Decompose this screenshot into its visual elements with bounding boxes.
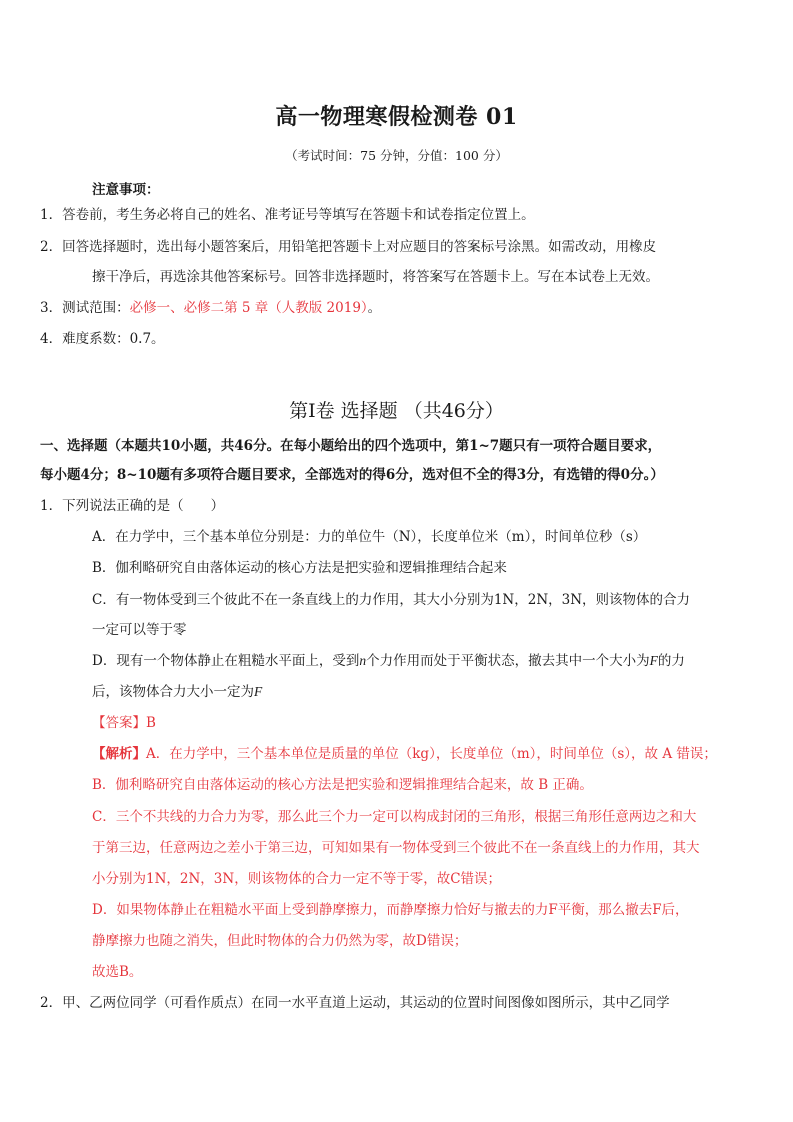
variable-f-2: F (254, 684, 262, 699)
question-1-option-a: A．在力学中，三个基本单位分别是：力的单位牛（N），长度单位米（m），时间单位秒… (92, 527, 646, 547)
analysis-label: 【解析】 (92, 746, 146, 762)
question-1-answer: 【答案】B (92, 713, 156, 733)
notice-item-1: 1．答卷前，考生务必将自己的姓名、准考证号等填写在答题卡和试卷指定位置上。 (40, 205, 535, 225)
question-1-option-c-cont: 一定可以等于零 (92, 620, 187, 640)
notice-item-4: 4．难度系数：0.7。 (40, 329, 165, 349)
question-1-analysis-a: 【解析】A．在力学中，三个基本单位是质量的单位（kg），长度单位（m），时间单位… (92, 744, 717, 764)
question-1-option-d: D．现有一个物体静止在粗糙水平面上，受到n个力作用而处于平衡状态，撤去其中一个大… (92, 651, 685, 671)
question-1-option-c: C．有一物体受到三个彼此不在一条直线上的力作用，其大小分别为1N，2N，3N，则… (92, 590, 690, 610)
question-1-analysis-d1: D．如果物体静止在粗糙水平面上受到静摩擦力，而静摩擦力恰好与撤去的力F平衡，那么… (92, 900, 689, 920)
question-1-stem: 1．下列说法正确的是（ ） (40, 496, 224, 516)
exam-title: 高一物理寒假检测卷 01 (0, 100, 793, 131)
question-1-analysis-b: B．伽利略研究自由落体运动的核心方法是把实验和逻辑推理结合起来，故 B 正确。 (92, 775, 593, 795)
notice-item-3-end: 。 (368, 300, 382, 316)
test-scope: 必修一、必修二第 5 章（人教版 2019） (130, 300, 368, 316)
question-1-conclusion: 故选B。 (92, 962, 142, 982)
notice-item-3-label: 3．测试范围： (40, 300, 130, 316)
option-d-text-1: D．现有一个物体静止在粗糙水平面上，受到 (92, 653, 359, 669)
analysis-line-a: A．在力学中，三个基本单位是质量的单位（kg），长度单位（m），时间单位（s），… (146, 746, 717, 762)
section-title: 第Ⅰ卷 选择题 （共46分） (0, 396, 793, 423)
option-d-text-4: 后，该物体合力大小一定为 (92, 684, 254, 700)
section-instructions-2: 每小题4分；8~10题有多项符合题目要求，全部选对的得6分，选对但不全的得3分，… (40, 465, 664, 485)
notice-item-3: 3．测试范围：必修一、必修二第 5 章（人教版 2019）。 (40, 298, 381, 318)
option-d-text-3: 的力 (658, 653, 685, 669)
exam-page: 高一物理寒假检测卷 01 （考试时间：75 分钟，分值：100 分） 注意事项：… (0, 0, 793, 1122)
question-1-analysis-c3: 小分别为1N，2N，3N，则该物体的合力一定不等于零，故C错误； (92, 869, 501, 889)
question-1-option-d-cont: 后，该物体合力大小一定为F (92, 682, 262, 702)
question-2-stem: 2．甲、乙两位同学（可看作质点）在同一水平直道上运动，其运动的位置时间图像如图所… (40, 993, 670, 1013)
section-instructions-1: 一、选择题（本题共10小题，共46分。在每小题给出的四个选项中，第1~7题只有一… (40, 436, 661, 456)
notice-heading: 注意事项： (92, 178, 160, 198)
option-d-text-2: 个力作用而处于平衡状态，撤去其中一个大小为 (366, 653, 650, 669)
question-1-analysis-d2: 静摩擦力也随之消失，但此时物体的合力仍然为零，故D错误； (92, 931, 467, 951)
question-1-option-b: B．伽利略研究自由落体运动的核心方法是把实验和逻辑推理结合起来 (92, 558, 507, 578)
exam-subtitle: （考试时间：75 分钟，分值：100 分） (0, 146, 793, 164)
notice-item-2-cont: 擦干净后，再选涂其他答案标号。回答非选择题时，将答案写在答题卡上。写在本试卷上无… (92, 267, 659, 287)
variable-f: F (650, 653, 658, 668)
question-1-analysis-c1: C．三个不共线的力合力为零，那么此三个力一定可以构成封闭的三角形，根据三角形任意… (92, 807, 696, 827)
question-1-analysis-c2: 于第三边，任意两边之差小于第三边，可知如果有一物体受到三个彼此不在一条直线上的力… (92, 838, 700, 858)
notice-item-2: 2．回答选择题时，选出每小题答案后，用铅笔把答题卡上对应题目的答案标号涂黑。如需… (40, 237, 656, 257)
